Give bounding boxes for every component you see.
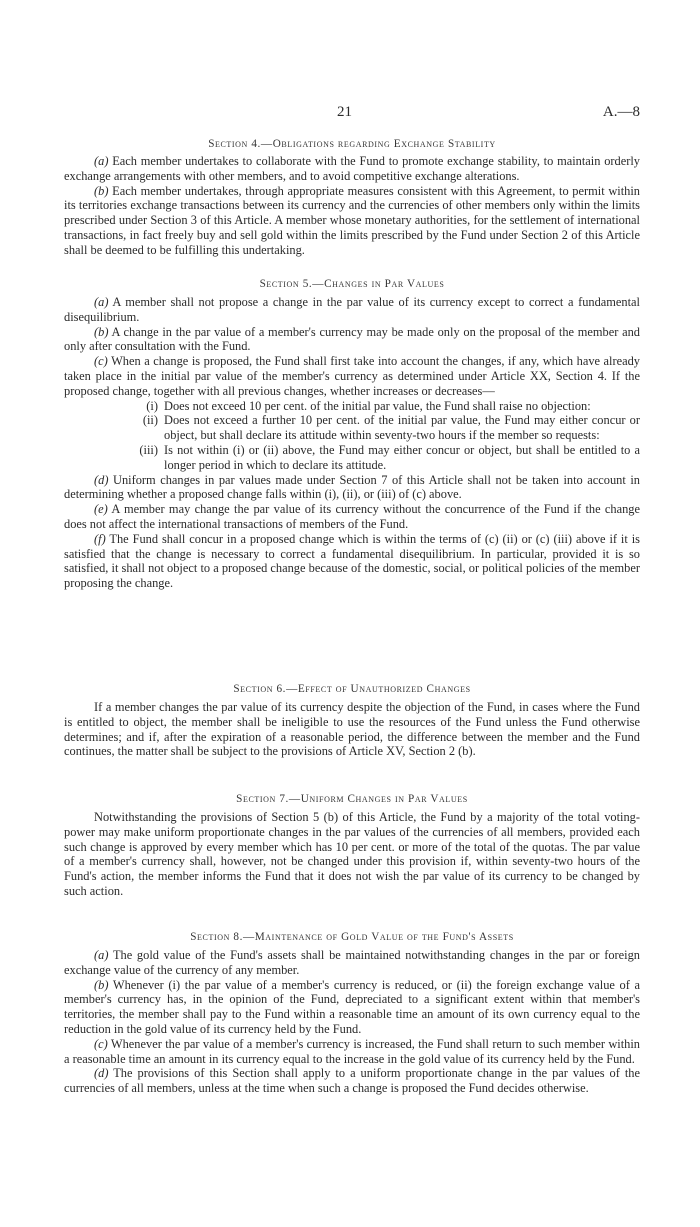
sub-item: (i)Does not exceed 10 per cent. of the i… bbox=[164, 399, 640, 414]
section-6-title: Section 6.—Effect of Unauthorized Change… bbox=[64, 683, 640, 695]
paragraph: If a member changes the par value of its… bbox=[64, 700, 640, 759]
page-number: 21 bbox=[337, 104, 352, 121]
paragraph: (f) The Fund shall concur in a proposed … bbox=[64, 532, 640, 591]
document-reference: A.—8 bbox=[603, 104, 640, 121]
paragraph: Notwithstanding the provisions of Sectio… bbox=[64, 810, 640, 899]
paragraph: (b) Each member undertakes, through appr… bbox=[64, 184, 640, 258]
paragraph: (b) Whenever (i) the par value of a memb… bbox=[64, 978, 640, 1037]
paragraph: (a) Each member undertakes to collaborat… bbox=[64, 154, 640, 184]
paragraph: (b) A change in the par value of a membe… bbox=[64, 325, 640, 355]
sub-item: (ii)Does not exceed a further 10 per cen… bbox=[164, 413, 640, 443]
section-7-body: Notwithstanding the provisions of Sectio… bbox=[64, 810, 640, 899]
paragraph: (c) Whenever the par value of a member's… bbox=[64, 1037, 640, 1067]
section-7-title: Section 7.—Uniform Changes in Par Values bbox=[64, 793, 640, 805]
paragraph: (d) The provisions of this Section shall… bbox=[64, 1066, 640, 1096]
page-header: 21 A.—8 bbox=[64, 104, 640, 124]
section-5-body: (a) A member shall not propose a change … bbox=[64, 295, 640, 591]
paragraph: (e) A member may change the par value of… bbox=[64, 502, 640, 532]
section-4-title: Section 4.—Obligations regarding Exchang… bbox=[64, 138, 640, 150]
sub-item: (iii)Is not within (i) or (ii) above, th… bbox=[164, 443, 640, 473]
paragraph: (c) When a change is proposed, the Fund … bbox=[64, 354, 640, 398]
section-6-body: If a member changes the par value of its… bbox=[64, 700, 640, 759]
section-8-body: (a) The gold value of the Fund's assets … bbox=[64, 948, 640, 1096]
section-8-title: Section 8.—Maintenance of Gold Value of … bbox=[64, 931, 640, 943]
section-5-title: Section 5.—Changes in Par Values bbox=[64, 278, 640, 290]
paragraph: (a) The gold value of the Fund's assets … bbox=[64, 948, 640, 978]
paragraph: (d) Uniform changes in par values made u… bbox=[64, 473, 640, 503]
section-4-body: (a) Each member undertakes to collaborat… bbox=[64, 154, 640, 258]
paragraph: (a) A member shall not propose a change … bbox=[64, 295, 640, 325]
